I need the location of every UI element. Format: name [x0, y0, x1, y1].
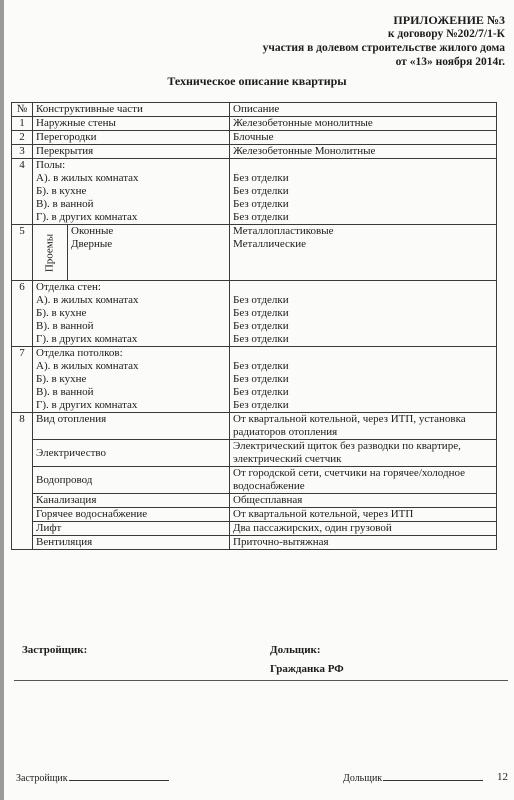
row-sub-desc: Без отделки [233, 320, 493, 333]
row-sub-desc: Без отделки [233, 211, 493, 224]
row-num: 6 [12, 281, 33, 347]
row-num: 2 [12, 131, 33, 145]
row-sub-desc: Без отделки [233, 399, 493, 412]
row-sub: А). в жилых комнатах [36, 172, 226, 185]
header-desc: Описание [230, 103, 497, 117]
row-sub-desc: Металлопластиковые [233, 225, 493, 238]
row-desc: Железобетонные Монолитные [230, 145, 497, 159]
table-row: Вентиляция Приточно-вытяжная [12, 536, 497, 550]
row-group-label: Проемы [44, 233, 57, 271]
row-sub: Г). в других комнатах [36, 333, 226, 346]
row-part: Перекрытия [33, 145, 230, 159]
row-sub: Б). в кухне [36, 373, 226, 386]
signature-divider [14, 680, 508, 681]
row-sub-desc: Без отделки [233, 198, 493, 211]
row-desc: Приточно-вытяжная [230, 536, 497, 550]
row-part-title: Полы: [36, 159, 226, 172]
footer-developer-sign-line [69, 771, 169, 781]
contract-reference: к договору №202/7/1-К [263, 27, 505, 41]
row-part: Оконные Дверные [68, 225, 230, 281]
row-part: Перегородки [33, 131, 230, 145]
specification-table: № Конструктивные части Описание 1 Наружн… [11, 102, 497, 550]
table-row: Электричество Электрический щиток без ра… [12, 440, 497, 467]
row-sub-desc: Без отделки [233, 294, 493, 307]
row-sub: Оконные [71, 225, 226, 238]
row-part: Электричество [33, 440, 230, 467]
row-num: 5 [12, 225, 33, 281]
footer-developer-label: Застройщик [16, 773, 68, 784]
row-part: Канализация [33, 494, 230, 508]
footer-shareholder-sign-line [383, 771, 483, 781]
row-desc: Электрический щиток без разводки по квар… [230, 440, 497, 467]
row-num: 3 [12, 145, 33, 159]
row-part-title: Отделка стен: [36, 281, 226, 294]
row-sub-desc: Без отделки [233, 185, 493, 198]
row-part: Лифт [33, 522, 230, 536]
appendix-label: ПРИЛОЖЕНИЕ №3 [263, 13, 505, 27]
contract-subject: участия в долевом строительстве жилого д… [263, 41, 505, 55]
developer-signature-label: Застройщик: [22, 644, 87, 656]
table-header-row: № Конструктивные части Описание [12, 103, 497, 117]
table-row: Лифт Два пассажирских, один грузовой [12, 522, 497, 536]
row-sub: Б). в кухне [36, 307, 226, 320]
row-desc: От квартальной котельной, через ИТП, уст… [230, 413, 497, 440]
row-num: 7 [12, 347, 33, 413]
page-number: 12 [497, 771, 508, 783]
row-desc: Блочные [230, 131, 497, 145]
row-part: Горячее водоснабжение [33, 508, 230, 522]
row-sub-desc: Без отделки [233, 172, 493, 185]
row-part-title: Отделка потолков: [36, 347, 226, 360]
shareholder-signature-label: Дольщик: [270, 644, 321, 656]
row-sub: А). в жилых комнатах [36, 360, 226, 373]
footer-shareholder-label: Дольщик [343, 773, 382, 784]
row-desc: Металлопластиковые Металлические [230, 225, 497, 281]
row-sub-desc: Без отделки [233, 360, 493, 373]
table-row: 5 Проемы Оконные Дверные Металлопластико… [12, 225, 497, 281]
table-row: 6 Отделка стен: А). в жилых комнатах Б).… [12, 281, 497, 347]
row-sub-desc: Без отделки [233, 307, 493, 320]
table-row: 2 Перегородки Блочные [12, 131, 497, 145]
row-sub: Г). в других комнатах [36, 399, 226, 412]
header-part: Конструктивные части [33, 103, 230, 117]
row-num: 8 [12, 413, 33, 550]
row-desc: Без отделки Без отделки Без отделки Без … [230, 347, 497, 413]
row-sub-desc: Металлические [233, 238, 493, 251]
table-row: Канализация Общесплавная [12, 494, 497, 508]
footer-shareholder: Дольщик [343, 771, 483, 784]
table-row: 4 Полы: А). в жилых комнатах Б). в кухне… [12, 159, 497, 225]
row-desc: Два пассажирских, один грузовой [230, 522, 497, 536]
row-sub: В). в ванной [36, 198, 226, 211]
row-group: Проемы [33, 225, 68, 281]
row-sub-desc: Без отделки [233, 373, 493, 386]
table-row: 8 Вид отопления От квартальной котельной… [12, 413, 497, 440]
row-sub: Г). в других комнатах [36, 211, 226, 224]
document-header: ПРИЛОЖЕНИЕ №3 к договору №202/7/1-К учас… [263, 13, 505, 69]
row-desc: Без отделки Без отделки Без отделки Без … [230, 159, 497, 225]
header-num: № [12, 103, 33, 117]
row-sub: В). в ванной [36, 386, 226, 399]
row-desc: От городской сети, счетчики на горячее/х… [230, 467, 497, 494]
row-sub-desc: Без отделки [233, 333, 493, 346]
row-sub: Б). в кухне [36, 185, 226, 198]
row-sub: В). в ванной [36, 320, 226, 333]
row-part: Вид отопления [33, 413, 230, 440]
table-row: Горячее водоснабжение От квартальной кот… [12, 508, 497, 522]
row-part: Водопровод [33, 467, 230, 494]
row-part: Отделка стен: А). в жилых комнатах Б). в… [33, 281, 230, 347]
row-num: 4 [12, 159, 33, 225]
table-row: 1 Наружные стены Железобетонные монолитн… [12, 117, 497, 131]
table-row: 3 Перекрытия Железобетонные Монолитные [12, 145, 497, 159]
footer-developer: Застройщик [16, 771, 169, 784]
table-row: 7 Отделка потолков: А). в жилых комнатах… [12, 347, 497, 413]
row-sub: А). в жилых комнатах [36, 294, 226, 307]
row-part: Наружные стены [33, 117, 230, 131]
scan-edge [0, 0, 4, 800]
row-desc: Общесплавная [230, 494, 497, 508]
row-desc: Без отделки Без отделки Без отделки Без … [230, 281, 497, 347]
table-row: Водопровод От городской сети, счетчики н… [12, 467, 497, 494]
row-desc: От квартальной котельной, через ИТП [230, 508, 497, 522]
contract-date: от «13» ноября 2014г. [263, 55, 505, 69]
row-sub-desc: Без отделки [233, 386, 493, 399]
row-num: 1 [12, 117, 33, 131]
shareholder-type: Гражданка РФ [270, 663, 344, 675]
row-part: Вентиляция [33, 536, 230, 550]
row-desc: Железобетонные монолитные [230, 117, 497, 131]
row-part: Полы: А). в жилых комнатах Б). в кухне В… [33, 159, 230, 225]
row-sub: Дверные [71, 238, 226, 251]
row-part: Отделка потолков: А). в жилых комнатах Б… [33, 347, 230, 413]
page-title: Техническое описание квартиры [0, 74, 514, 89]
